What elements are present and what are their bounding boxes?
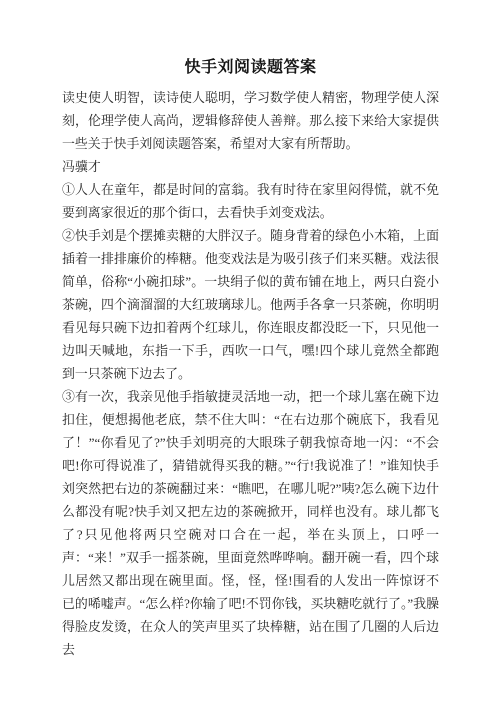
- intro-paragraph: 读史使人明智，读诗使人聪明，学习数学使人精密，物理学使人深刻，伦理学使人高尚，逻…: [62, 87, 439, 156]
- page-title: 快手刘阅读题答案: [62, 57, 439, 78]
- author-line: 冯骥才: [62, 156, 439, 179]
- paragraph-2: ②快手刘是个摆摊卖糖的大胖汉子。随身背着的绿色小木箱，上面插着一排排廉价的棒糖。…: [62, 225, 439, 386]
- paragraph-3: ③有一次，我亲见他手指敏捷灵活地一动，把一个球儿塞在碗下边扣住，便想揭他老底，禁…: [62, 386, 439, 662]
- document-page: 快手刘阅读题答案 读史使人明智，读诗使人聪明，学习数学使人精密，物理学使人深刻，…: [0, 0, 500, 707]
- paragraph-1: ①人人在童年，都是时间的富翁。我有时待在家里闷得慌，就不免要到离家很近的那个街口…: [62, 179, 439, 225]
